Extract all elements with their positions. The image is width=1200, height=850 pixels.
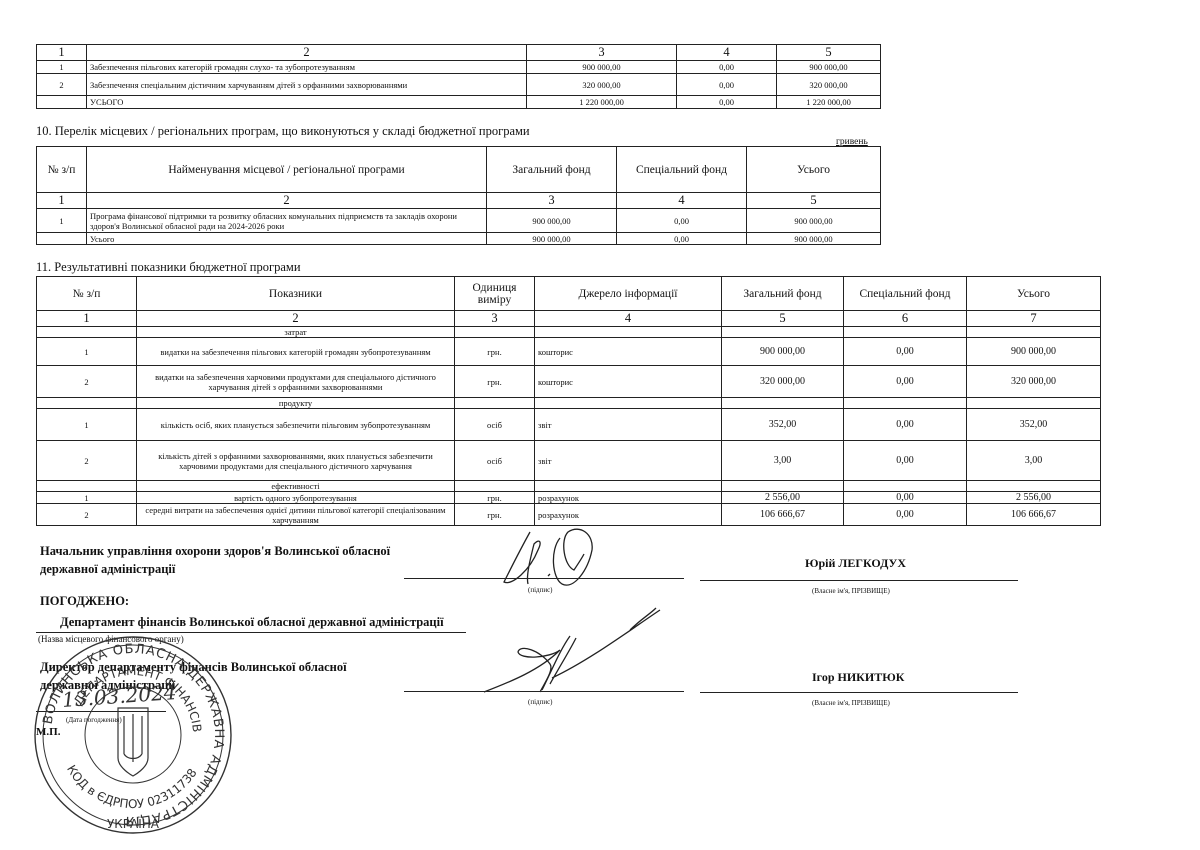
special-fund: 0,00 [844,338,967,366]
name-line [700,580,1018,581]
col-number: 4 [677,45,777,61]
total: 352,00 [967,409,1101,441]
col-number: 6 [844,311,967,327]
empty-cell [37,481,137,492]
source: звіт [535,441,722,481]
col-number: 5 [777,45,881,61]
total: 320 000,00 [967,366,1101,398]
indicator-name: видатки на забезпечення харчовими продук… [137,366,455,398]
unit: грн. [455,492,535,504]
empty-cell [535,481,722,492]
col-number: 1 [37,45,87,61]
general-fund: 320 000,00 [722,366,844,398]
total: 900 000,00 [777,61,881,74]
signature-director-icon [480,600,680,700]
empty-cell [37,398,137,409]
special-fund: 0,00 [617,209,747,233]
table-row: 1 Забезпечення пільгових категорій грома… [37,61,881,74]
empty-cell [967,481,1101,492]
unit: осіб [455,409,535,441]
header-total: Усього [967,277,1101,311]
indicator-name: середні витрати на забеспечення однієї д… [137,504,455,526]
total-label: Усього [87,233,487,245]
col-number: 4 [535,311,722,327]
group-row: затрат [37,327,1101,338]
col-number: 1 [37,311,137,327]
table-row: 2 Забезпечення спеціальним дістичним хар… [37,74,881,96]
head-title: Начальник управління охорони здоров'я Во… [40,542,390,578]
total-row: УСЬОГО 1 220 000,00 0,00 1 220 000,00 [37,96,881,109]
general-fund: 352,00 [722,409,844,441]
table-row: 1вартість одного зубопротезуваннягрн.роз… [37,492,1101,504]
empty-cell [455,327,535,338]
header-source: Джерело інформації [535,277,722,311]
header-total: Усього [747,147,881,193]
col-number: 5 [747,193,881,209]
empty-cell [535,327,722,338]
indicator-name: кількість осіб, яких планується забезпеч… [137,409,455,441]
header-general-fund: Загальний фонд [487,147,617,193]
special-fund: 0,00 [677,96,777,109]
empty-cell [844,481,967,492]
signature-head-icon [490,520,620,600]
empty-cell [455,481,535,492]
empty-cell [967,327,1101,338]
indicator-name: видатки на забезпечення пільгових катего… [137,338,455,366]
row-number: 2 [37,441,137,481]
row-number: 1 [37,209,87,233]
general-fund: 3,00 [722,441,844,481]
col-number: 1 [37,193,87,209]
section-11-title: 11. Результативні показники бюджетної пр… [36,260,301,275]
empty-cell [844,398,967,409]
finance-dept: Департамент фінансів Волинської обласної… [60,613,444,631]
special-fund: 0,00 [844,441,967,481]
row-name: Програма фінансової підтримки та розвитк… [87,209,487,233]
section-10-title: 10. Перелік місцевих / регіональних прог… [36,124,530,139]
general-fund: 900 000,00 [487,209,617,233]
special-fund: 0,00 [844,366,967,398]
unit: грн. [455,366,535,398]
group-row: ефективності [37,481,1101,492]
indicator-name: вартість одного зубопротезування [137,492,455,504]
header-number: № з/п [37,147,87,193]
row-number: 2 [37,504,137,526]
regional-programs-table: № з/п Найменування місцевої / регіональн… [36,146,881,245]
header-indicator: Показники [137,277,455,311]
total: 900 000,00 [747,233,881,245]
general-fund: 900 000,00 [722,338,844,366]
source: кошторис [535,366,722,398]
empty-cell [722,398,844,409]
source: кошторис [535,338,722,366]
total: 320 000,00 [777,74,881,96]
name-caption-2: (Власне ім'я, ПРІЗВИЩЕ) [812,699,890,707]
row-number: 1 [37,409,137,441]
col-number: 3 [487,193,617,209]
official-stamp-icon: ВОЛИНСЬКА ОБЛАСНА ДЕРЖАВНА АДМІНІСТРАЦІЯ… [28,630,238,840]
col-number: 4 [617,193,747,209]
performance-indicators-table: № з/пПоказникиОдиниця виміруДжерело інфо… [36,276,1101,526]
unit: грн. [455,338,535,366]
name-line-2 [700,692,1018,693]
header-program-name: Найменування місцевої / регіональної про… [87,147,487,193]
header-unit: Одиниця виміру [455,277,535,311]
general-fund: 900 000,00 [527,61,677,74]
total-row: Усього 900 000,00 0,00 900 000,00 [37,233,881,245]
group-row: продукту [37,398,1101,409]
row-number: 2 [37,74,87,96]
table-row: 1видатки на забезпечення пільгових катег… [37,338,1101,366]
total: 1 220 000,00 [777,96,881,109]
header-general-fund: Загальний фонд [722,277,844,311]
group-label: продукту [137,398,455,409]
head-title-line1: Начальник управління охорони здоров'я Во… [40,542,390,560]
empty-cell [37,327,137,338]
special-fund: 0,00 [677,74,777,96]
special-fund: 0,00 [844,409,967,441]
empty-cell [844,327,967,338]
source: розрахунок [535,492,722,504]
header-special-fund: Спеціальний фонд [844,277,967,311]
table-row: 1 Програма фінансової підтримки та розви… [37,209,881,233]
special-fund: 0,00 [844,492,967,504]
director-name: Ігор НИКИТЮК [812,670,904,685]
col-number: 2 [87,193,487,209]
head-title-line2: державної адміністрації [40,560,390,578]
col-number: 5 [722,311,844,327]
row-name: Забезпечення спеціальним дістичним харчу… [87,74,527,96]
empty-cell [722,327,844,338]
group-label: затрат [137,327,455,338]
general-fund: 320 000,00 [527,74,677,96]
total: 2 556,00 [967,492,1101,504]
col-number: 7 [967,311,1101,327]
budget-directions-table: 1 2 3 4 5 1 Забезпечення пільгових катег… [36,44,881,109]
general-fund: 900 000,00 [487,233,617,245]
row-number: 1 [37,61,87,74]
special-fund: 0,00 [677,61,777,74]
empty-cell [967,398,1101,409]
row-name: Забезпечення пільгових категорій громадя… [87,61,527,74]
header-special-fund: Спеціальний фонд [617,147,747,193]
empty-cell [455,398,535,409]
header-number: № з/п [37,277,137,311]
col-number: 3 [527,45,677,61]
total: 106 666,67 [967,504,1101,526]
total-label: УСЬОГО [87,96,527,109]
empty-cell [722,481,844,492]
col-number: 3 [455,311,535,327]
table-row: 1кількість осіб, яких планується забезпе… [37,409,1101,441]
source: звіт [535,409,722,441]
table-row: 2видатки на забезпечення харчовими проду… [37,366,1101,398]
general-fund: 2 556,00 [722,492,844,504]
stamp-country: УКРАЇНА [107,816,160,831]
row-number: 2 [37,366,137,398]
table-row: 2кількість дітей з орфанними захворюванн… [37,441,1101,481]
name-caption: (Власне ім'я, ПРІЗВИЩЕ) [812,587,890,595]
total: 900 000,00 [967,338,1101,366]
special-fund: 0,00 [844,504,967,526]
indicator-name: кількість дітей з орфанними захворювання… [137,441,455,481]
empty-cell [535,398,722,409]
row-number: 1 [37,492,137,504]
general-fund: 106 666,67 [722,504,844,526]
total: 3,00 [967,441,1101,481]
head-name: Юрій ЛЕГКОДУХ [805,556,906,571]
unit: осіб [455,441,535,481]
total: 900 000,00 [747,209,881,233]
row-number: 1 [37,338,137,366]
col-number: 2 [87,45,527,61]
special-fund: 0,00 [617,233,747,245]
agreed-label: ПОГОДЖЕНО: [40,592,129,610]
col-number: 2 [137,311,455,327]
general-fund: 1 220 000,00 [527,96,677,109]
group-label: ефективності [137,481,455,492]
